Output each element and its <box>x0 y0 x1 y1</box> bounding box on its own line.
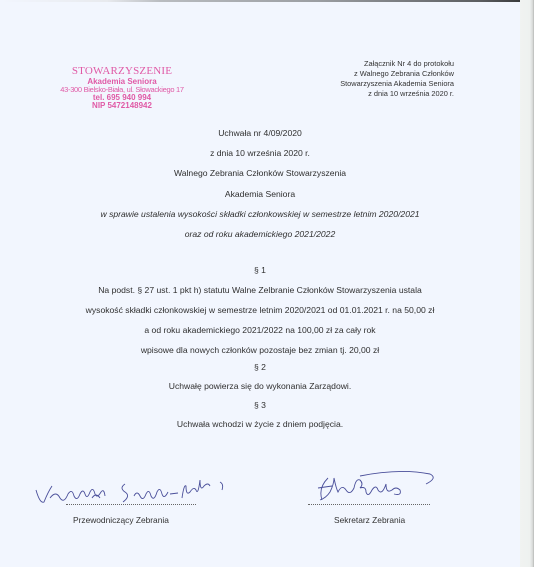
secretary-signature-line <box>308 504 430 505</box>
stamp-title: STOWARZYSZENIE <box>42 66 202 78</box>
section-1-line: wpisowe dla nowych członków pozostaje be… <box>40 345 480 355</box>
chairperson-label: Przewodniczący Zebrania <box>73 515 169 525</box>
section-1-line: wysokość składki członkowskiej w semestr… <box>40 305 480 315</box>
attachment-line: z Walnego Zebrania Członków <box>340 69 454 79</box>
section-3-line: Uchwała wchodzi w życie z dniem podjęcia… <box>40 419 480 429</box>
section-1-heading: § 1 <box>40 265 480 275</box>
attachment-line: z dnia 10 września 2020 r. <box>340 89 454 99</box>
section-2-heading: § 2 <box>40 362 480 372</box>
subject-line-2: oraz od roku akademickiego 2021/2022 <box>40 229 480 239</box>
attachment-line: Załącznik Nr 4 do protokołu <box>340 59 454 69</box>
stamp-nip: NIP 5472148942 <box>42 102 202 110</box>
resolution-number: Uchwała nr 4/09/2020 <box>40 128 480 138</box>
secretary-label: Sekretarz Zebrania <box>334 515 405 525</box>
scan-edge-top <box>0 0 534 2</box>
section-3-heading: § 3 <box>40 400 480 410</box>
secretary-signature <box>300 470 450 506</box>
section-1-line: a od roku akademickiego 2021/2022 na 100… <box>40 325 480 335</box>
attachment-note: Załącznik Nr 4 do protokołu z Walnego Ze… <box>340 59 454 99</box>
organization-stamp: STOWARZYSZENIE Akademia Seniora 43-300 B… <box>42 66 202 111</box>
section-2-line: Uchwałę powierza się do wykonania Zarząd… <box>40 381 480 391</box>
subject-line-1: w sprawie ustalenia wysokości składki cz… <box>40 209 480 219</box>
attachment-line: Stowarzyszenia Akademia Seniora <box>340 79 454 89</box>
scan-edge-right <box>520 0 534 567</box>
chairperson-signature-line <box>66 504 196 505</box>
organization-name: Akademia Seniora <box>40 189 480 199</box>
resolution-body: Walnego Zebrania Członków Stowarzyszenia <box>40 168 480 178</box>
resolution-date: z dnia 10 września 2020 r. <box>40 148 480 158</box>
section-1-line: Na podst. § 27 ust. 1 pkt h) statutu Wal… <box>40 285 480 295</box>
